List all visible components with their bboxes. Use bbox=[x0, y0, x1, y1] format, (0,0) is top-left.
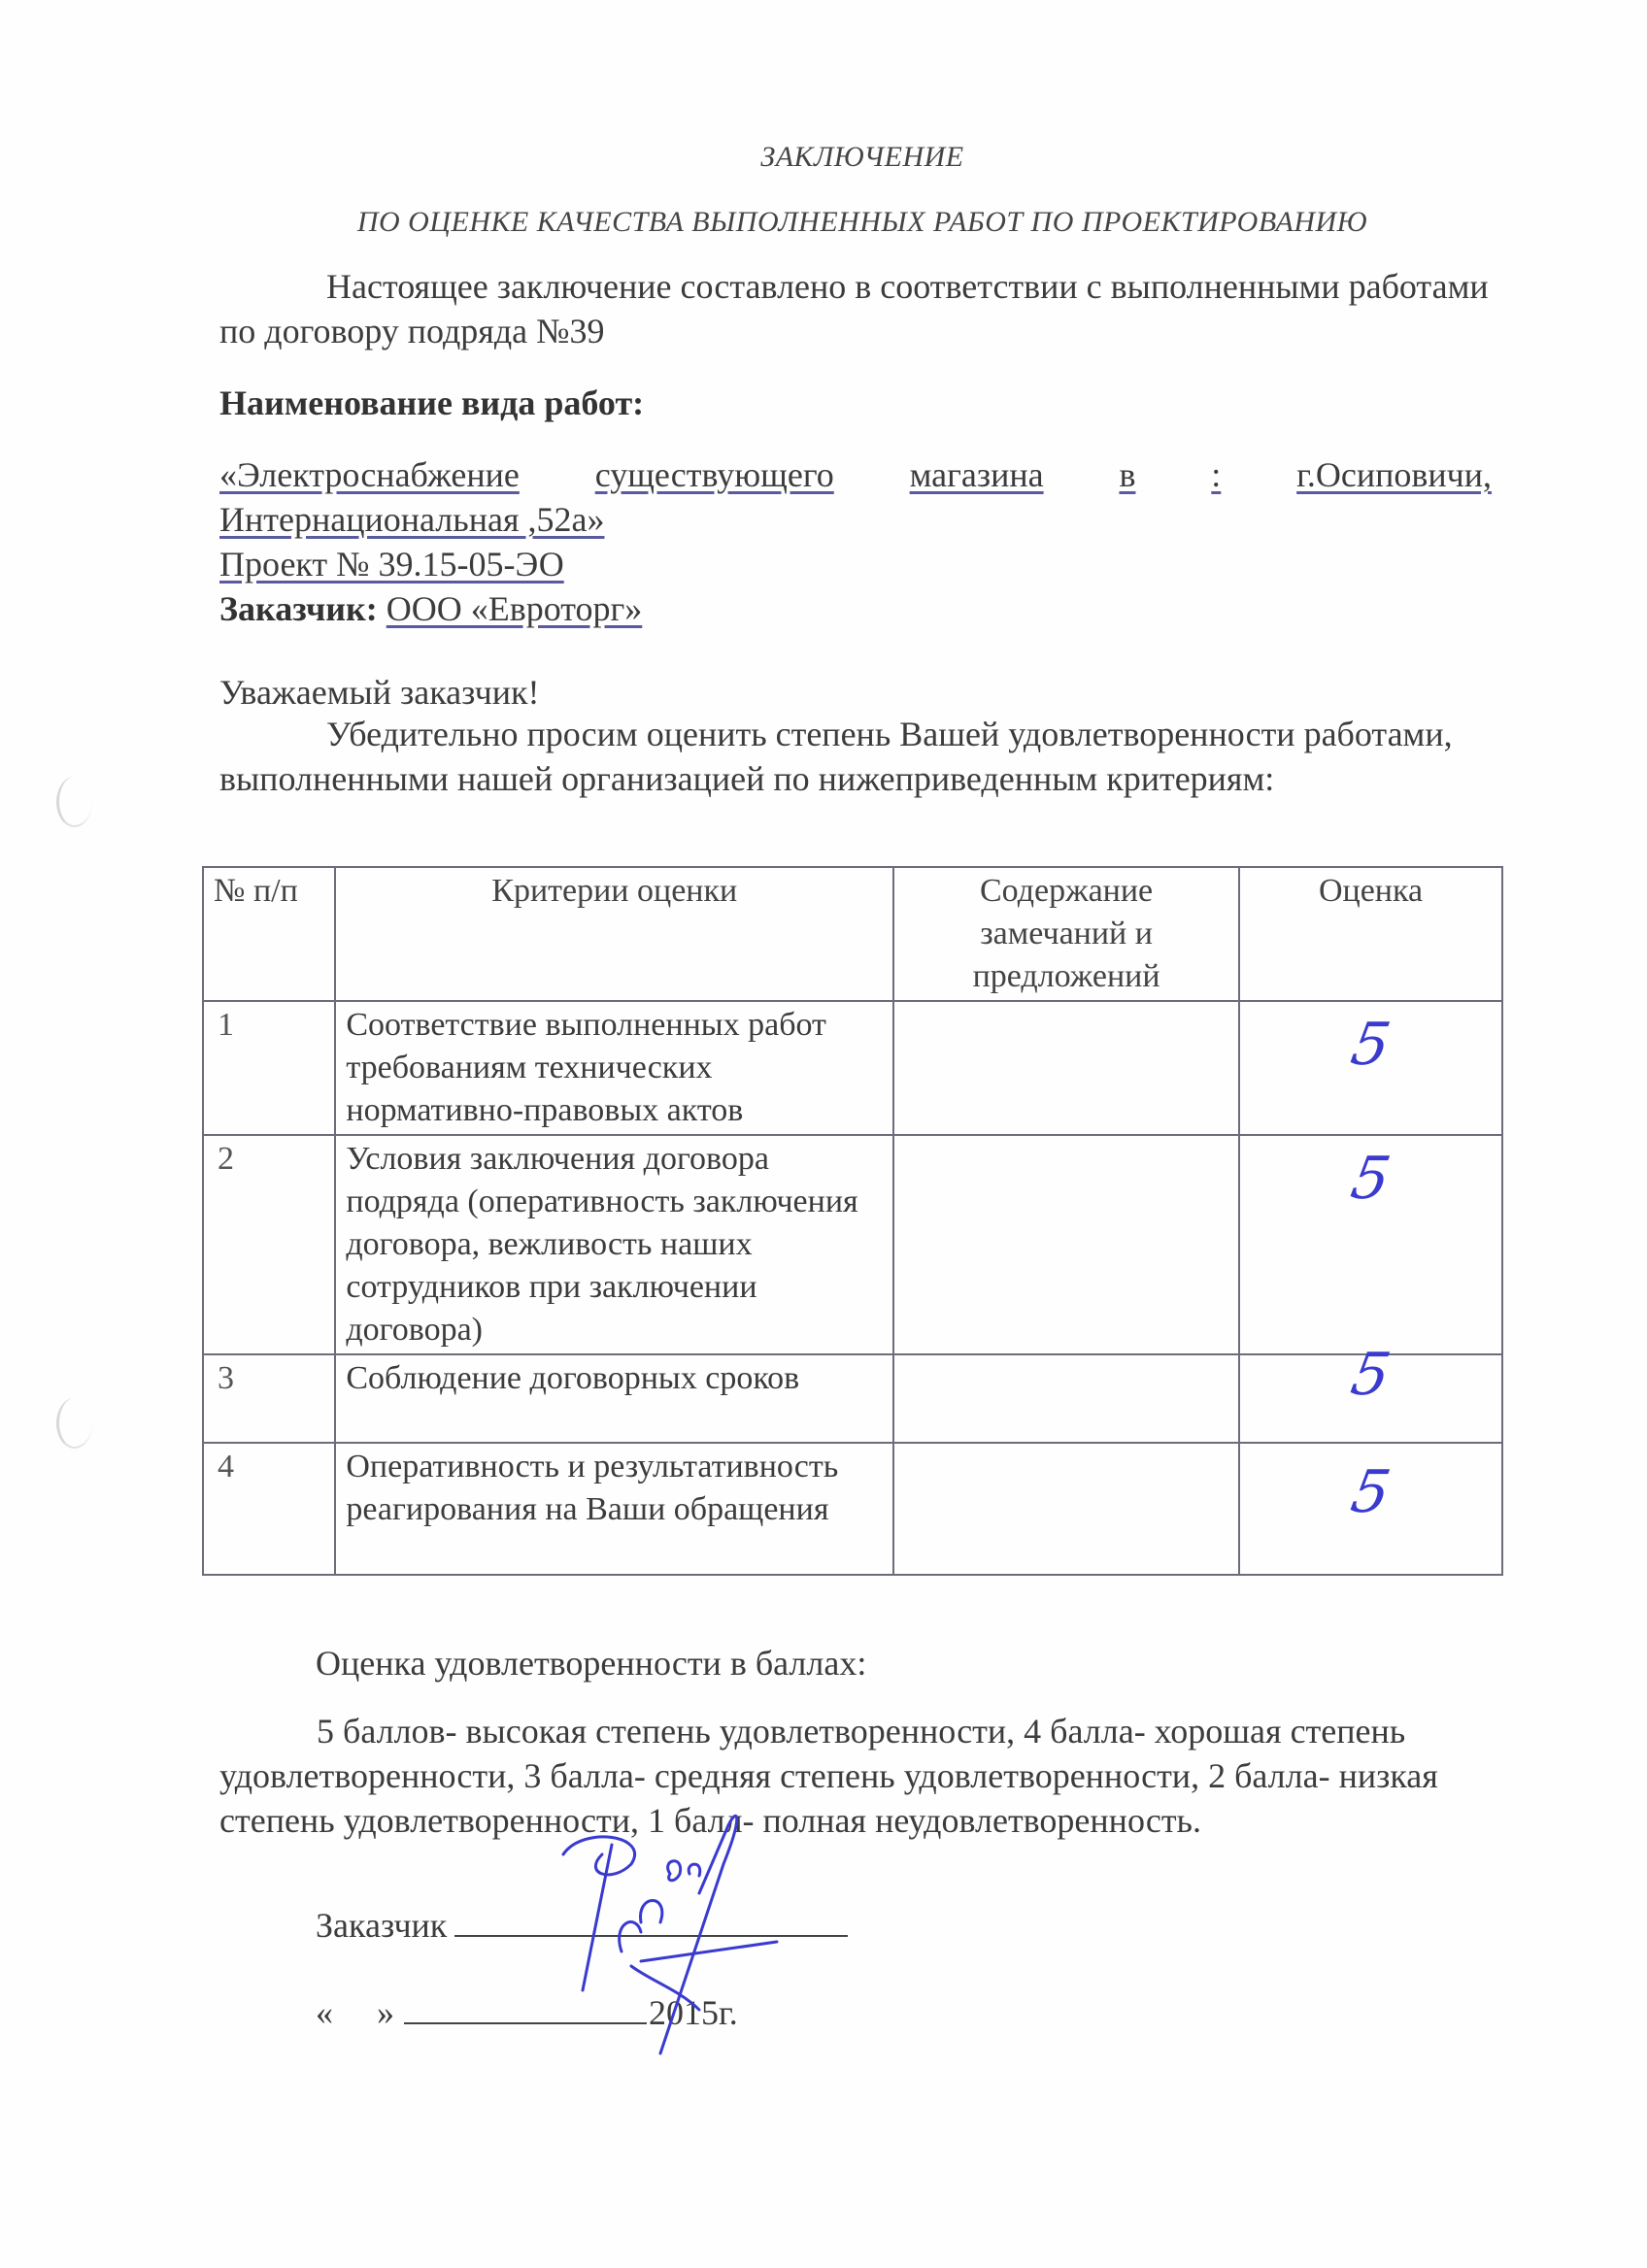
greeting: Уважаемый заказчик! bbox=[219, 670, 539, 715]
handwritten-grade: 5 bbox=[1246, 1023, 1496, 1066]
row-criterion: Соблюдение договорных сроков bbox=[335, 1354, 893, 1443]
customer-line: Заказчик: ООО «Евроторг» bbox=[219, 586, 1492, 631]
table-row: 1 Соответствие выполненных работ требова… bbox=[203, 1001, 1502, 1135]
row-grade-cell: 5 bbox=[1239, 1135, 1502, 1354]
date-open-quote: « bbox=[316, 1993, 333, 2032]
handwritten-grade: 5 bbox=[1246, 1157, 1496, 1200]
row-grade-cell: 5 bbox=[1239, 1001, 1502, 1135]
work-type-line-2: Интернациональная ,52а» bbox=[219, 500, 604, 539]
signer-label: Заказчик bbox=[316, 1906, 447, 1945]
table-row: 4 Оперативность и результативность реаги… bbox=[203, 1443, 1502, 1575]
project-number: Проект № 39.15-05-ЭО bbox=[219, 545, 564, 584]
work-type-word: «Электроснабжение bbox=[219, 452, 520, 497]
row-criterion: Оперативность и результативность реагиро… bbox=[335, 1443, 893, 1575]
row-grade-cell: 5 bbox=[1239, 1354, 1502, 1443]
criteria-table: № п/п Критерии оценки Содержание замечан… bbox=[202, 866, 1503, 1576]
document-title: ЗАКЛЮЧЕНИЕ bbox=[39, 141, 1647, 174]
work-type-line-1: «Электроснабжение существующего магазина… bbox=[219, 452, 1492, 497]
row-criterion: Соответствие выполненных работ требовани… bbox=[335, 1001, 893, 1135]
work-type-label: Наименование вида работ: bbox=[219, 381, 644, 425]
customer-label: Заказчик: bbox=[219, 589, 378, 628]
row-number: 2 bbox=[203, 1135, 335, 1354]
date-close-quote: » bbox=[377, 1993, 394, 2032]
intro-paragraph: Настоящее заключение составлено в соотве… bbox=[219, 264, 1492, 353]
work-type-word: существующего bbox=[595, 452, 834, 497]
work-type-word: г.Осиповичи, bbox=[1296, 452, 1492, 497]
row-number: 4 bbox=[203, 1443, 335, 1575]
row-remarks bbox=[893, 1354, 1239, 1443]
work-type-word: : bbox=[1211, 452, 1221, 497]
table-row: 2 Условия заключения договора подряда (о… bbox=[203, 1135, 1502, 1354]
document-subtitle: ПО ОЦЕНКЕ КАЧЕСТВА ВЫПОЛНЕННЫХ РАБОТ ПО … bbox=[39, 206, 1647, 239]
row-criterion: Условия заключения договора подряда (опе… bbox=[335, 1135, 893, 1354]
header-grade: Оценка bbox=[1239, 867, 1502, 1001]
handwritten-signature bbox=[544, 1806, 893, 2058]
header-remarks: Содержание замечаний и предложений bbox=[893, 867, 1239, 1001]
row-remarks bbox=[893, 1135, 1239, 1354]
punch-hole bbox=[56, 1398, 92, 1449]
handwritten-grade: 5 bbox=[1246, 1471, 1496, 1514]
request-paragraph: Убедительно просим оценить степень Вашей… bbox=[219, 712, 1453, 801]
row-number: 1 bbox=[203, 1001, 335, 1135]
row-remarks bbox=[893, 1443, 1239, 1575]
row-grade-cell: 5 bbox=[1239, 1443, 1502, 1575]
table-header-row: № п/п Критерии оценки Содержание замечан… bbox=[203, 867, 1502, 1001]
row-number: 3 bbox=[203, 1354, 335, 1443]
punch-hole bbox=[56, 777, 92, 827]
table-row: 3 Соблюдение договорных сроков 5 bbox=[203, 1354, 1502, 1443]
header-number: № п/п bbox=[203, 867, 335, 1001]
work-type-word: магазина bbox=[910, 452, 1044, 497]
work-type-block: «Электроснабжение существующего магазина… bbox=[219, 452, 1492, 631]
handwritten-grade: 5 bbox=[1246, 1353, 1496, 1396]
row-remarks bbox=[893, 1001, 1239, 1135]
header-criteria: Критерии оценки bbox=[335, 867, 893, 1001]
work-type-word: в bbox=[1119, 452, 1135, 497]
scale-title: Оценка удовлетворенности в баллах: bbox=[316, 1641, 866, 1685]
customer-value: ООО «Евроторг» bbox=[387, 589, 643, 628]
